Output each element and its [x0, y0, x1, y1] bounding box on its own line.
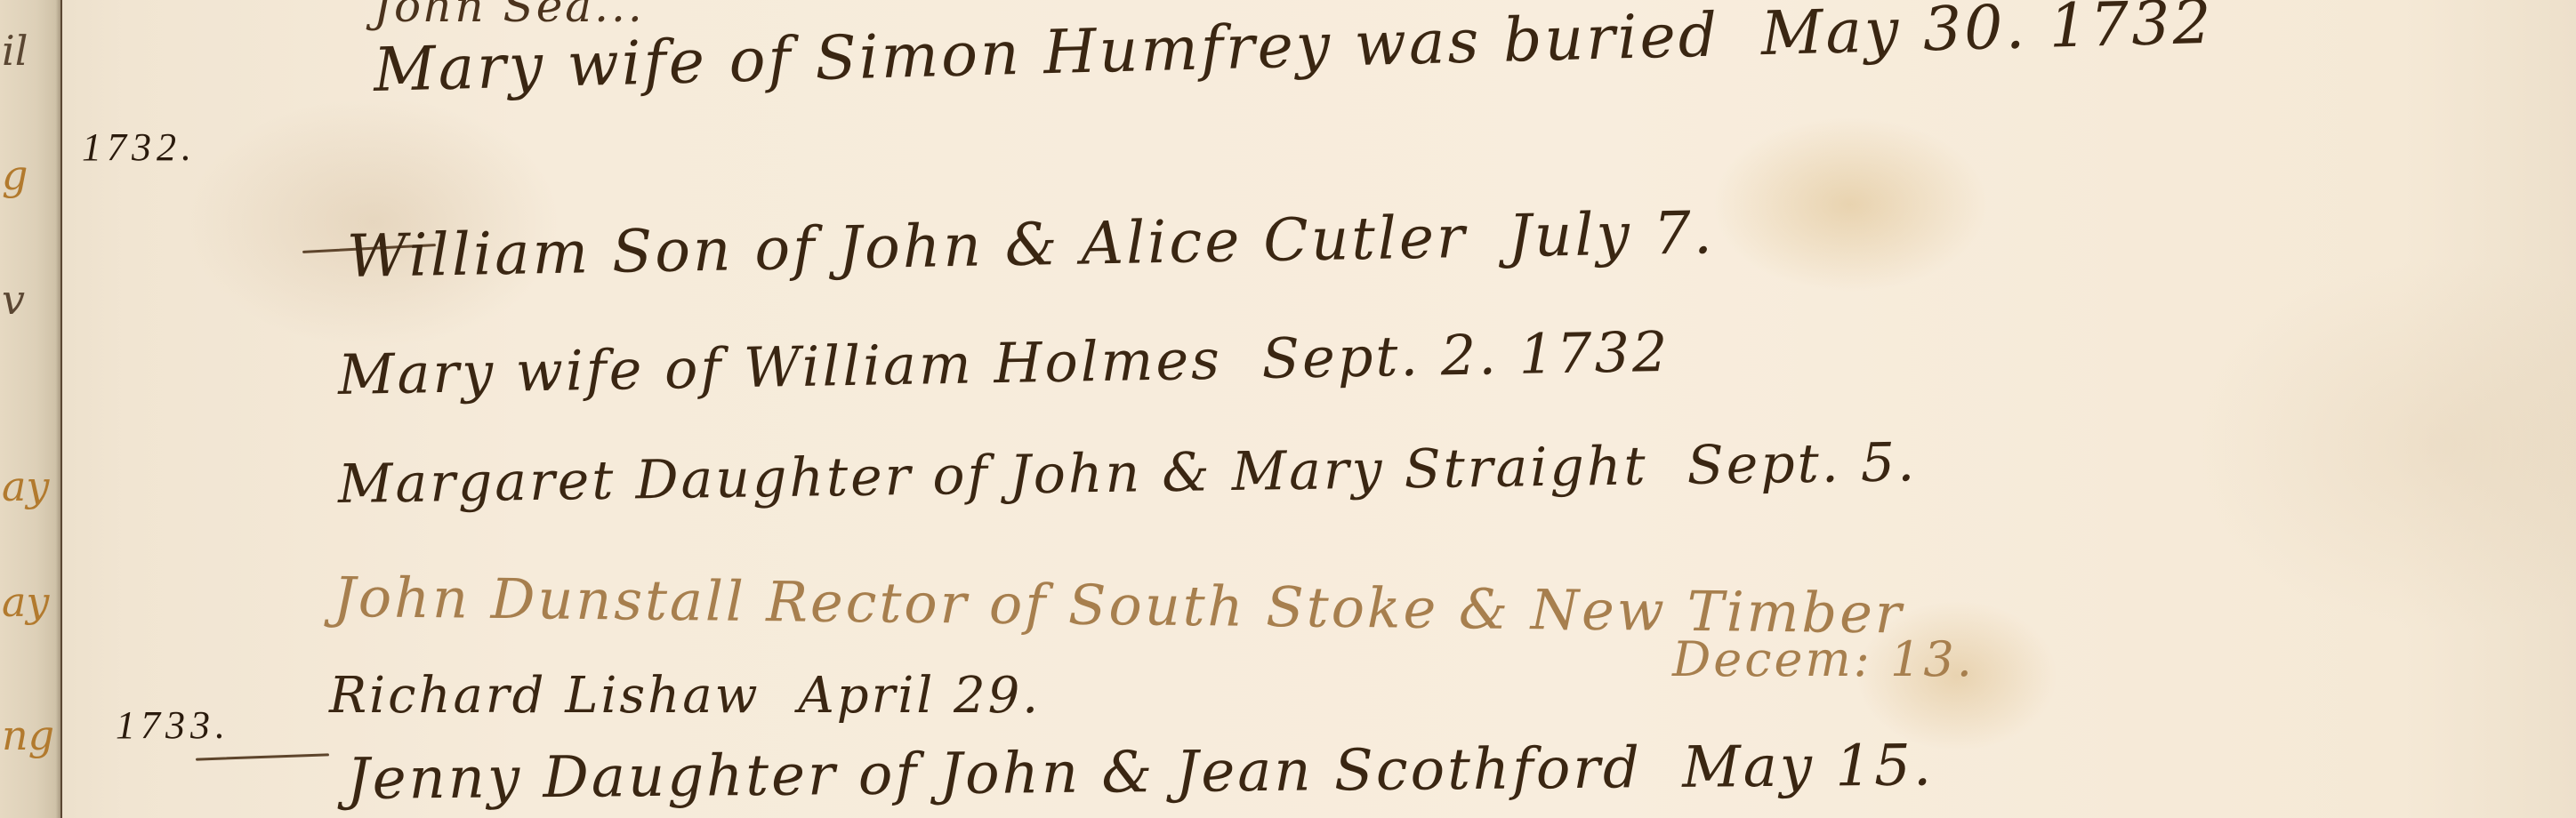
entry-text: Mary wife of William Holmes	[337, 327, 1222, 407]
entry-date: April 29.	[798, 667, 1041, 725]
register-entry: William Son of John & Alice Cutler July …	[346, 198, 1715, 291]
register-entry: Mary wife of Simon Humfrey was buried Ma…	[373, 0, 2215, 106]
entry-date: July 7.	[1508, 198, 1716, 270]
register-entry-date-note: Decem: 13.	[1672, 631, 1975, 687]
margin-fragment: ay	[2, 578, 49, 626]
year-label-1732: 1732.	[82, 124, 197, 170]
entry-text: Jenny Daughter of John & Jean Scothford	[347, 735, 1642, 813]
margin-fragment: ng	[2, 711, 54, 759]
entry-text: John Sea...	[374, 0, 645, 32]
margin-fragment: g	[2, 151, 28, 199]
entry-text: Richard Lishaw	[329, 667, 761, 725]
left-page-gutter: il g v ay ay ng	[0, 0, 62, 818]
entry-date: Decem: 13.	[1672, 631, 1975, 687]
separator-rule	[196, 753, 329, 760]
register-entry-rector: John Dunstall Rector of South Stoke & Ne…	[334, 565, 1904, 646]
entry-text: William Son of John & Alice Cutler	[346, 203, 1468, 291]
entry-date: May 15.	[1682, 733, 1935, 800]
register-entry: Richard Lishaw April 29.	[329, 667, 1041, 725]
margin-fragment: v	[2, 276, 25, 324]
entry-date: Sept. 2. 1732	[1261, 319, 1670, 391]
register-entry: Margaret Daughter of John & Mary Straigh…	[338, 431, 1918, 516]
register-entry-cutoff: John Sea...	[374, 0, 645, 32]
margin-fragment: ay	[2, 462, 49, 510]
register-page: il g v ay ay ng 1732. 1733. John Sea... …	[0, 0, 2576, 818]
register-entry: Jenny Daughter of John & Jean Scothford …	[347, 733, 1935, 813]
margin-fragment: il	[2, 27, 28, 75]
entry-text: Margaret Daughter of John & Mary Straigh…	[338, 435, 1649, 516]
year-label-1733: 1733.	[116, 702, 230, 748]
entry-date: Sept. 5.	[1686, 431, 1917, 497]
entry-text: John Dunstall Rector of South Stoke & Ne…	[334, 565, 1904, 646]
register-entry: Mary wife of William Holmes Sept. 2. 173…	[337, 319, 1670, 407]
entry-date: May 30. 1732	[1760, 0, 2215, 69]
